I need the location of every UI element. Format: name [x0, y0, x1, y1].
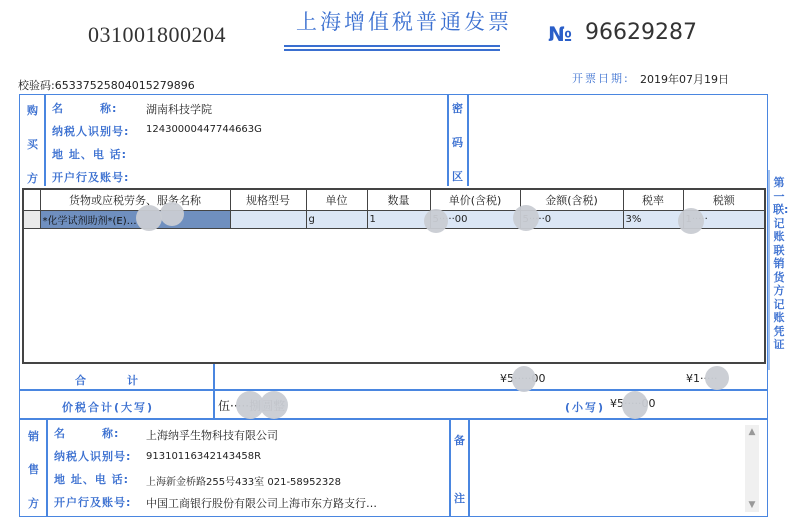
total-in-words-label: 价税合计(大写): [62, 399, 154, 415]
redaction-blur: [260, 391, 288, 419]
buyer-char: 买: [27, 136, 38, 152]
seller-name-label: 名 称:: [54, 425, 119, 441]
divider: [768, 170, 770, 370]
item-name[interactable]: *化学试剂助剂*(E)…: [40, 211, 230, 229]
buyer-char: 方: [27, 170, 38, 186]
redaction-blur: [678, 208, 704, 234]
column-header: 数量: [367, 190, 430, 211]
cipher-char: 码: [452, 134, 463, 150]
buyer-address-label: 地 址、电 话:: [52, 146, 127, 162]
seller-char: 方: [28, 495, 39, 511]
seller-bank-label: 开户行及账号:: [54, 494, 131, 510]
buyer-name: 湖南科技学院: [146, 101, 212, 117]
redaction-blur: [705, 366, 729, 390]
column-header: 规格型号: [230, 190, 306, 211]
seller-tax-id: 91310116342143458R: [146, 451, 261, 462]
column-header: 单位: [306, 190, 367, 211]
column-header: 税率: [623, 190, 683, 211]
scroll-up-icon[interactable]: ▲: [745, 427, 759, 437]
check-code-value: 65337525804015279896: [55, 79, 195, 92]
redaction-blur: [160, 202, 184, 226]
column-header: [24, 190, 40, 211]
redaction-blur: [513, 205, 539, 231]
remarks-char: 注: [454, 490, 465, 506]
number-symbol: №: [548, 22, 572, 46]
invoice-title: 上海增值税普通发票: [296, 6, 512, 36]
buyer-tax-id-label: 纳税人识别号:: [52, 123, 129, 139]
buyer-tax-id: 12430000447744663G: [146, 124, 262, 135]
items-table: 货物或应税劳务、服务名称 规格型号 单位 数量 单价(含税) 金额(含税) 税率…: [22, 188, 766, 364]
seller-address: 上海新金桥路255号433室 021-58952328: [146, 473, 341, 488]
table-header-row: 货物或应税劳务、服务名称 规格型号 单位 数量 单价(含税) 金额(含税) 税率…: [24, 190, 764, 211]
redaction-blur: [136, 205, 162, 231]
total-small-label: (小写): [565, 399, 605, 415]
redaction-blur: [512, 366, 536, 392]
check-code-label: 校验码:: [18, 79, 55, 92]
divider: [46, 418, 48, 517]
redaction-blur: [622, 391, 648, 419]
scroll-down-icon[interactable]: ▼: [745, 500, 759, 510]
table-row[interactable]: *化学试剂助剂*(E)… g 1 5·····00 5·····0 3% 1··…: [24, 211, 764, 229]
seller-char: 售: [28, 461, 39, 477]
item-quantity[interactable]: 1: [367, 211, 430, 229]
redaction-blur: [424, 209, 448, 233]
issue-date: 2019年07月19日: [640, 71, 729, 87]
column-header: 税额: [683, 190, 764, 211]
total-label: 合 计: [75, 372, 140, 388]
divider: [447, 94, 449, 186]
seller-name: 上海纳孚生物科技有限公司: [146, 427, 278, 443]
item-unit[interactable]: g: [306, 211, 367, 229]
buyer-char: 购: [27, 102, 38, 118]
divider: [44, 94, 46, 186]
buyer-bank-label: 开户行及账号:: [52, 169, 129, 185]
copy-note: 第一联:记账联 销货方记账凭证: [773, 176, 785, 352]
divider: [449, 418, 451, 517]
title-underline: [284, 45, 500, 47]
item-spec[interactable]: [230, 211, 306, 229]
seller-bank: 中国工商银行股份有限公司上海市东方路支行…: [146, 495, 377, 511]
cipher-char: 区: [452, 168, 463, 184]
item-tax-rate[interactable]: 3%: [623, 211, 683, 229]
buyer-name-label: 名 称:: [52, 100, 117, 116]
seller-address-label: 地 址、电 话:: [54, 471, 129, 487]
divider: [213, 364, 215, 418]
remarks-scrollbar[interactable]: ▲ ▼: [745, 425, 759, 512]
seller-char: 销: [28, 428, 39, 444]
remarks-char: 备: [454, 432, 465, 448]
check-code: 校验码:65337525804015279896: [18, 77, 195, 93]
invoice-code: 031001800204: [88, 22, 226, 48]
divider: [19, 389, 768, 391]
divider: [19, 418, 768, 420]
column-header: 货物或应税劳务、服务名称: [40, 190, 230, 211]
row-selector[interactable]: [24, 211, 40, 229]
divider: [467, 94, 469, 186]
cipher-char: 密: [452, 100, 463, 116]
column-header: 单价(含税): [430, 190, 520, 211]
invoice-number: 96629287: [585, 20, 697, 45]
column-header: 金额(含税): [520, 190, 623, 211]
issue-date-label: 开票日期:: [572, 70, 630, 86]
seller-tax-id-label: 纳税人识别号:: [54, 448, 131, 464]
divider: [468, 418, 470, 517]
title-underline: [284, 49, 500, 51]
